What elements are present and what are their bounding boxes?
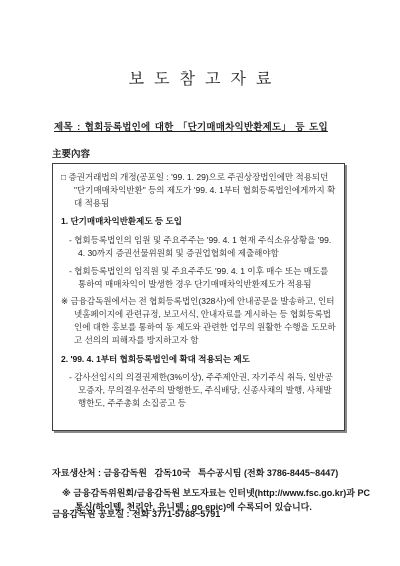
section-2-heading: 2. '99. 4. 1부터 협회등록법인에 확대 적용되는 제도 bbox=[61, 353, 337, 366]
section-1-note: ※ 금융감독원에서는 전 협회등록법인(328사)에 안내공문을 발송하고, 인… bbox=[61, 295, 337, 346]
section-1-heading: 1. 단기매매차익반환제도 등 도입 bbox=[61, 215, 337, 228]
dash-bullet-icon: - bbox=[69, 372, 72, 382]
dash-bullet-icon: - bbox=[69, 235, 72, 245]
section-1-bullet-2: - 협회등록법인의 임직원 및 주요주주도 '99. 4. 1 이후 매수 또는… bbox=[61, 265, 337, 291]
summary-box: □ 증권거래법의 개정(공포일 : '99. 1. 29)으로 주권상장법인에만… bbox=[52, 163, 345, 431]
dash-bullet-icon: - bbox=[69, 266, 72, 276]
subject-line: 제목 : 협회등록법인에 대한 「단기매매차익반환제도」 등 도입 bbox=[54, 119, 364, 133]
bullet-text: 협회등록법인의 임직원 및 주요주주도 '99. 4. 1 이후 매수 또는 매… bbox=[74, 266, 328, 289]
note-text: 금융감독원에서는 전 협회등록법인(328사)에 안내공문을 발송하고, 인터넷… bbox=[71, 296, 336, 344]
section-1-bullet-1: - 협회등록법인의 임원 및 주요주주는 '99. 4. 1 현재 주식소유상황… bbox=[61, 234, 337, 260]
reference-mark-icon: ※ bbox=[61, 296, 68, 306]
summary-paragraph: □ 증권거래법의 개정(공포일 : '99. 1. 29)으로 주권상장법인에만… bbox=[61, 171, 337, 209]
section-2-bullet-1: - 감사선임시의 의결권제한(3%이상), 주주제안권, 자기주식 취득, 일반… bbox=[61, 371, 337, 409]
main-contents-label: 主要內容 bbox=[52, 146, 90, 160]
document-title: 보도참고자료 bbox=[0, 66, 400, 89]
press-release-page: 보도참고자료 제목 : 협회등록법인에 대한 「단기매매차익반환제도」 등 도입… bbox=[0, 0, 400, 566]
distribution-note-text: 금융감독위원회/금융감독원 보도자료는 인터넷(http://www.fsc.g… bbox=[73, 488, 370, 512]
reference-mark-icon: ※ bbox=[62, 488, 71, 498]
producer-line: 자료생산처 : 금융감독원 감독10국 특수공시팀 (전화 3786-8445~… bbox=[52, 467, 360, 481]
square-bullet-icon: □ bbox=[61, 172, 66, 182]
paragraph-text: 증권거래법의 개정(공포일 : '99. 1. 29)으로 주권상장법인에만 적… bbox=[69, 172, 336, 208]
bullet-text: 협회등록법인의 임원 및 주요주주는 '99. 4. 1 현재 주식소유상황을 … bbox=[74, 235, 331, 258]
bullet-text: 감사선임시의 의결권제한(3%이상), 주주제안권, 자기주식 취득, 일반공모… bbox=[74, 372, 333, 408]
distribution-note: ※ 금융감독위원회/금융감독원 보도자료는 인터넷(http://www.fsc… bbox=[62, 487, 375, 514]
